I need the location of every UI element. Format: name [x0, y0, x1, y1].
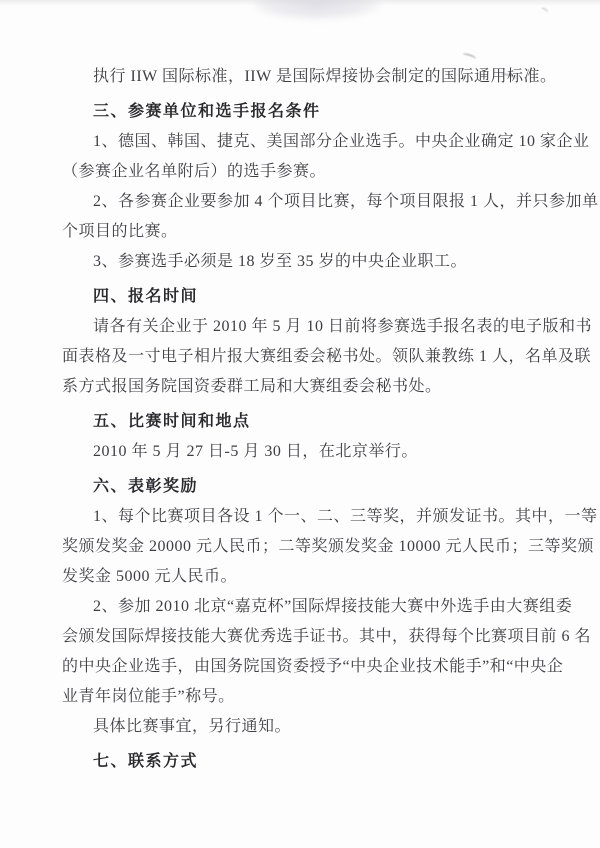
section-heading: 四、报名时间 — [62, 282, 550, 312]
text-line: 3、参赛选手必须是 18 岁至 35 岁的中央企业职工。 — [62, 247, 550, 277]
text-line: 个项目的比赛。 — [62, 217, 550, 247]
section-heading: 六、表彰奖励 — [62, 472, 550, 502]
text-line: 会颁发国际焊接技能大赛优秀选手证书。其中，获得每个比赛项目前 6 名 — [62, 622, 550, 652]
document-body: 执行 IIW 国际标准，IIW 是国际焊接协会制定的国际通用标准。三、参赛单位和… — [62, 62, 550, 777]
text-line: 具体比赛事宜，另行通知。 — [62, 712, 550, 742]
text-line: 的中央企业选手，由国务院国资委授予“中央企业技术能手”和“中央企 — [62, 652, 550, 682]
text-line: 奖颁发奖金 20000 元人民币；二等奖颁发奖金 10000 元人民币；三等奖颁 — [62, 532, 550, 562]
text-line: 2、参加 2010 北京“嘉克杯”国际焊接技能大赛中外选手由大赛组委 — [62, 592, 550, 622]
text-line: 发奖金 5000 元人民币。 — [62, 562, 550, 592]
text-line: 1、德国、韩国、捷克、美国部分企业选手。中央企业确定 10 家企业 — [62, 127, 550, 157]
text-line: （参赛企业名单附后）的选手参赛。 — [62, 157, 550, 187]
text-line: 面表格及一寸电子相片报大赛组委会秘书处。领队兼教练 1 人，名单及联 — [62, 342, 550, 372]
text-line: 2010 年 5 月 27 日-5 月 30 日，在北京举行。 — [62, 437, 550, 467]
text-line: 请各有关企业于 2010 年 5 月 10 日前将参赛选手报名表的电子版和书 — [62, 312, 550, 342]
text-line: 业青年岗位能手”称号。 — [62, 682, 550, 712]
text-line: 1、每个比赛项目各设 1 个一、二、三等奖，并颁发证书。其中，一等 — [62, 502, 550, 532]
section-heading: 三、参赛单位和选手报名条件 — [62, 97, 550, 127]
scan-smudge — [252, 0, 382, 20]
section-heading: 七、联系方式 — [62, 747, 550, 777]
pen-mark — [539, 6, 549, 15]
text-line: 系方式报国务院国资委群工局和大赛组委会秘书处。 — [62, 372, 550, 402]
text-line: 2、各参赛企业要参加 4 个项目比赛，每个项目限报 1 人，并只参加单 — [62, 187, 550, 217]
section-heading: 五、比赛时间和地点 — [62, 407, 550, 437]
text-line: 执行 IIW 国际标准，IIW 是国际焊接协会制定的国际通用标准。 — [62, 62, 550, 92]
document-page: 执行 IIW 国际标准，IIW 是国际焊接协会制定的国际通用标准。三、参赛单位和… — [0, 0, 600, 848]
